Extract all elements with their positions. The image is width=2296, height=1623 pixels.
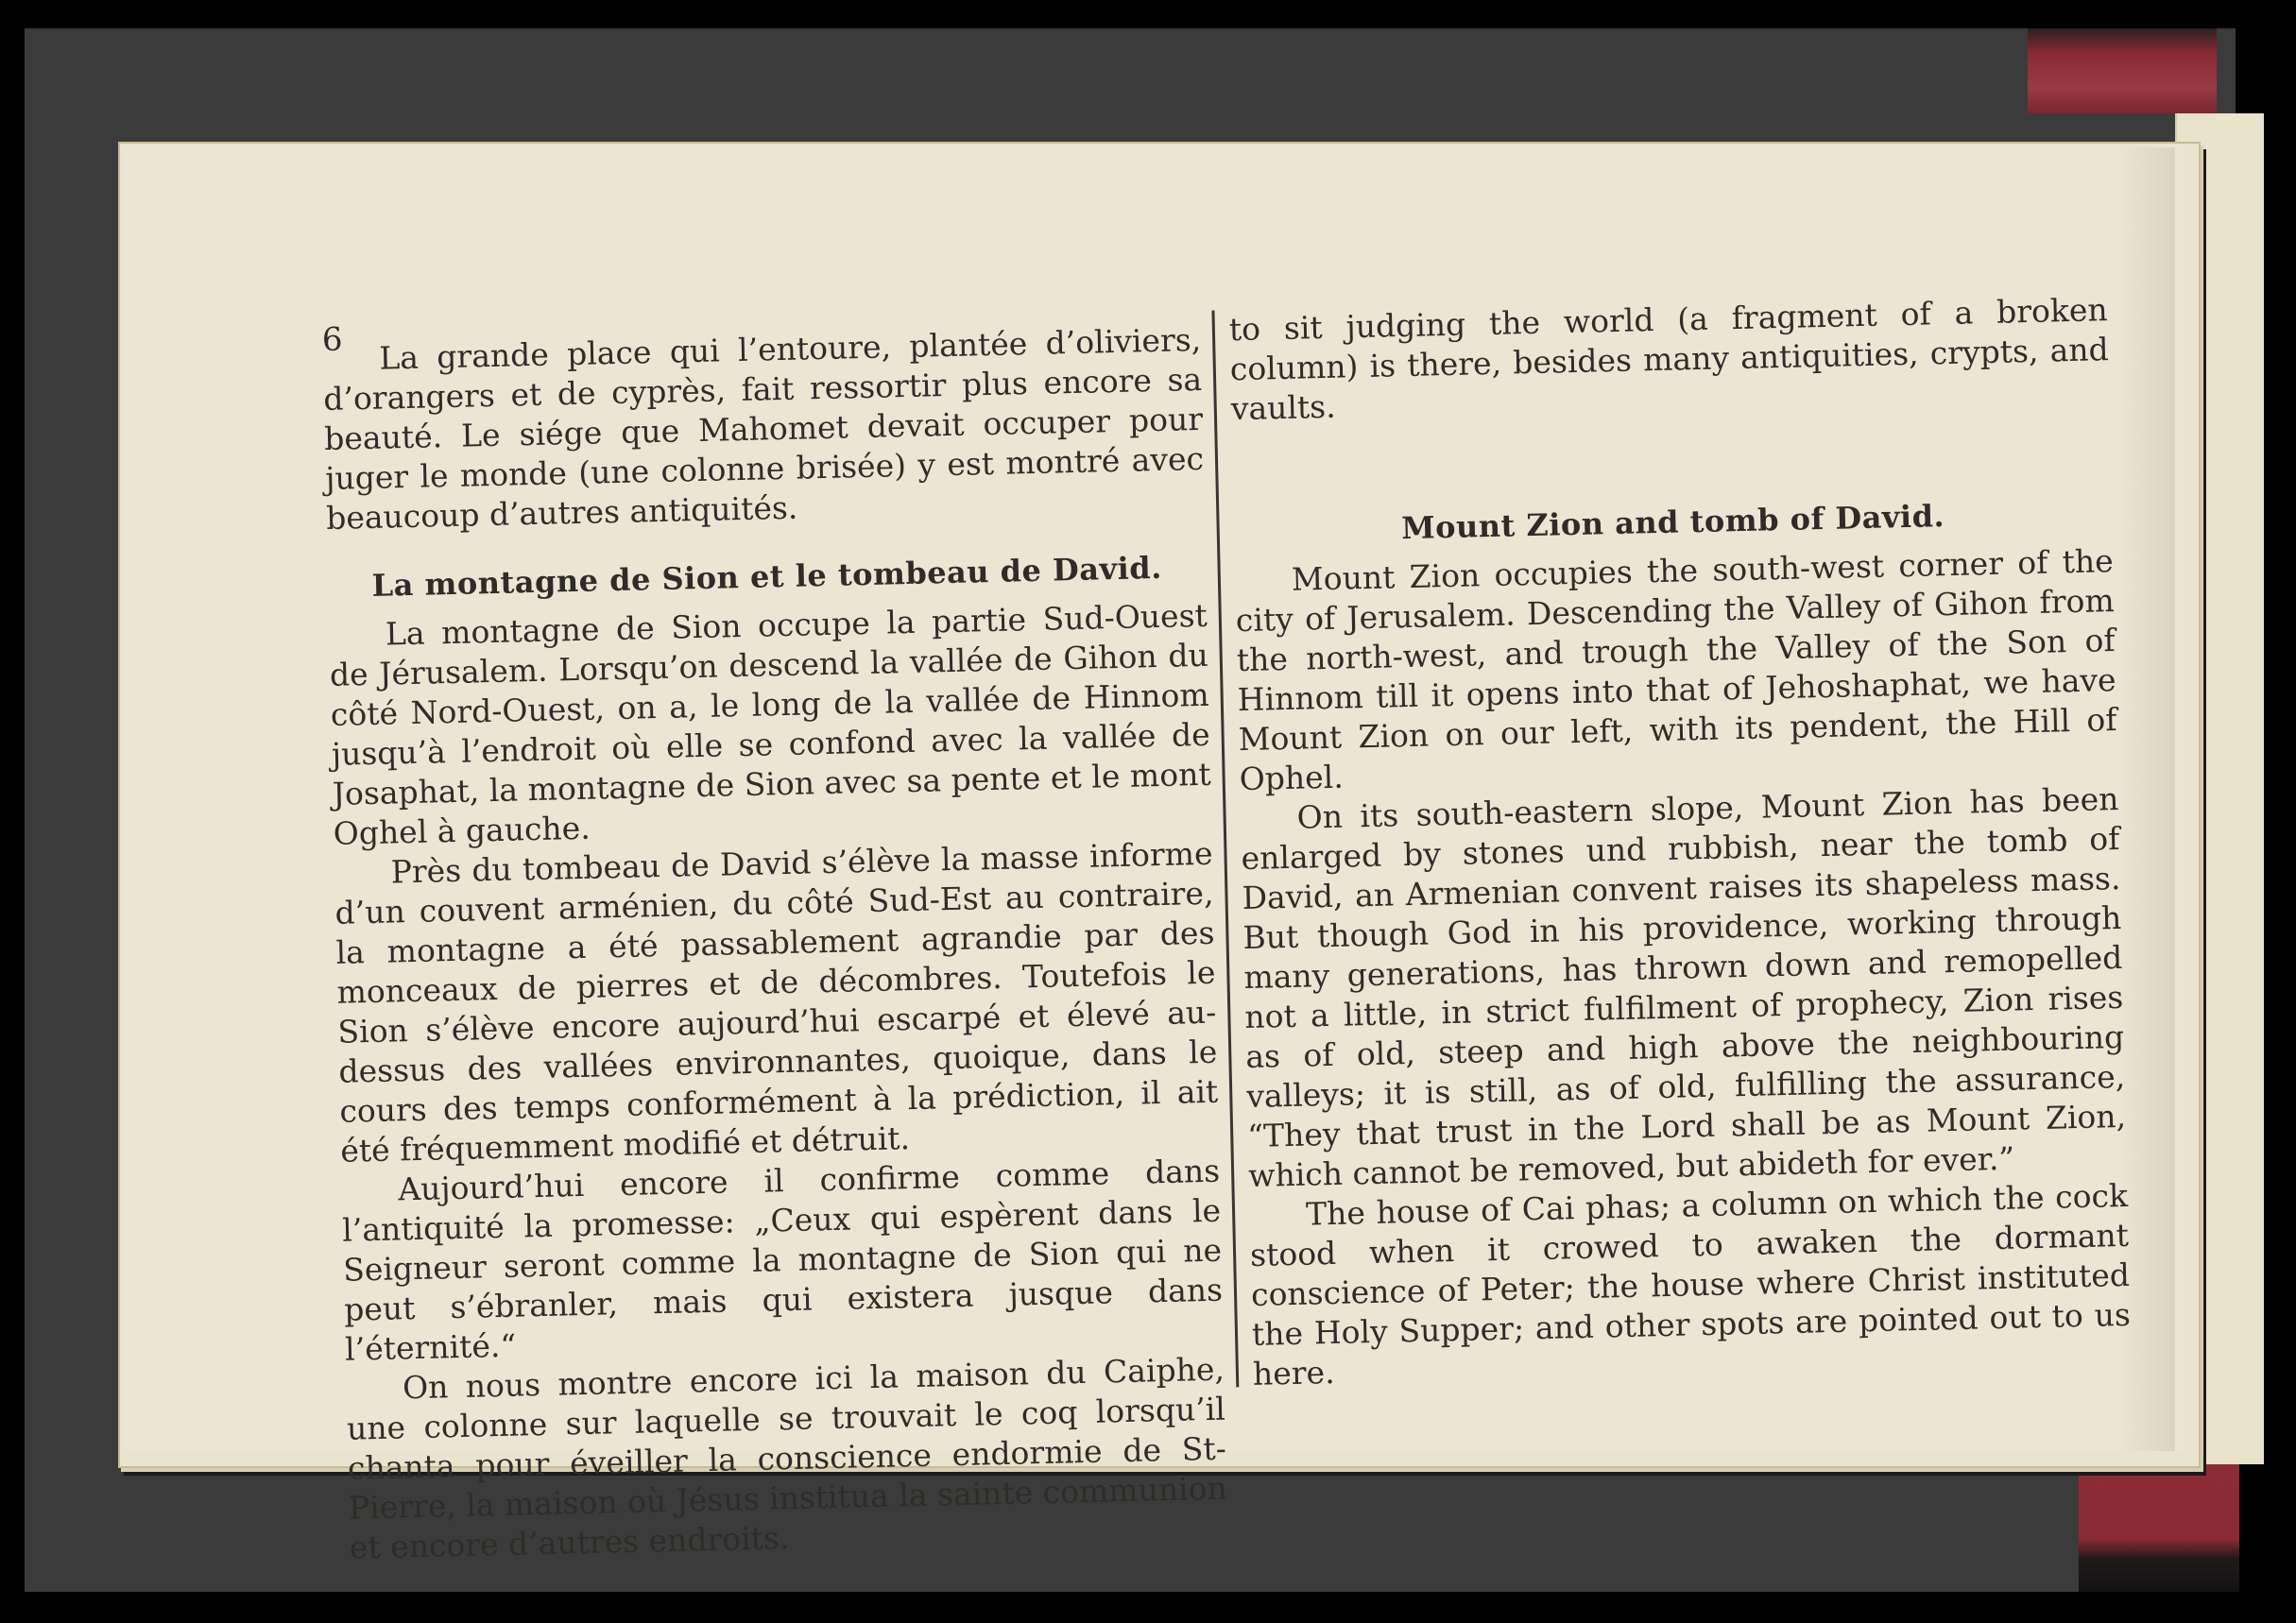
english-paragraph: The house of Cai phas; a column on which… <box>1249 1176 2133 1394</box>
french-paragraph: On nous montre encore ici la maison du C… <box>346 1350 1229 1568</box>
french-intro-paragraph: La grande place qui l’entoure, plantée d… <box>322 320 1206 538</box>
french-paragraph: Aujourd’hui encore il confirme comme dan… <box>341 1152 1225 1370</box>
english-column: to sit judging the world (a fragment of … <box>1228 290 2132 1394</box>
english-section-heading: Mount Zion and tomb of David. <box>1233 492 2113 552</box>
french-paragraph: Près du tombeau de David s’élève la mass… <box>334 834 1219 1171</box>
french-column: La grande place qui l’entoure, plantée d… <box>322 320 1228 1568</box>
english-paragraph: Mount Zion occupies the south-west corne… <box>1234 541 2117 799</box>
english-paragraph: On its south-eastern slope, Mount Zion h… <box>1240 779 2127 1196</box>
book-spine-top <box>2028 28 2217 113</box>
book-spine-bottom <box>2079 1460 2239 1592</box>
french-paragraph: La montagne de Sion occupe la partie Sud… <box>329 596 1212 854</box>
english-intro-paragraph: to sit judging the world (a fragment of … <box>1228 290 2110 429</box>
french-section-heading: La montagne de Sion et le tombeau de Dav… <box>327 547 1207 606</box>
